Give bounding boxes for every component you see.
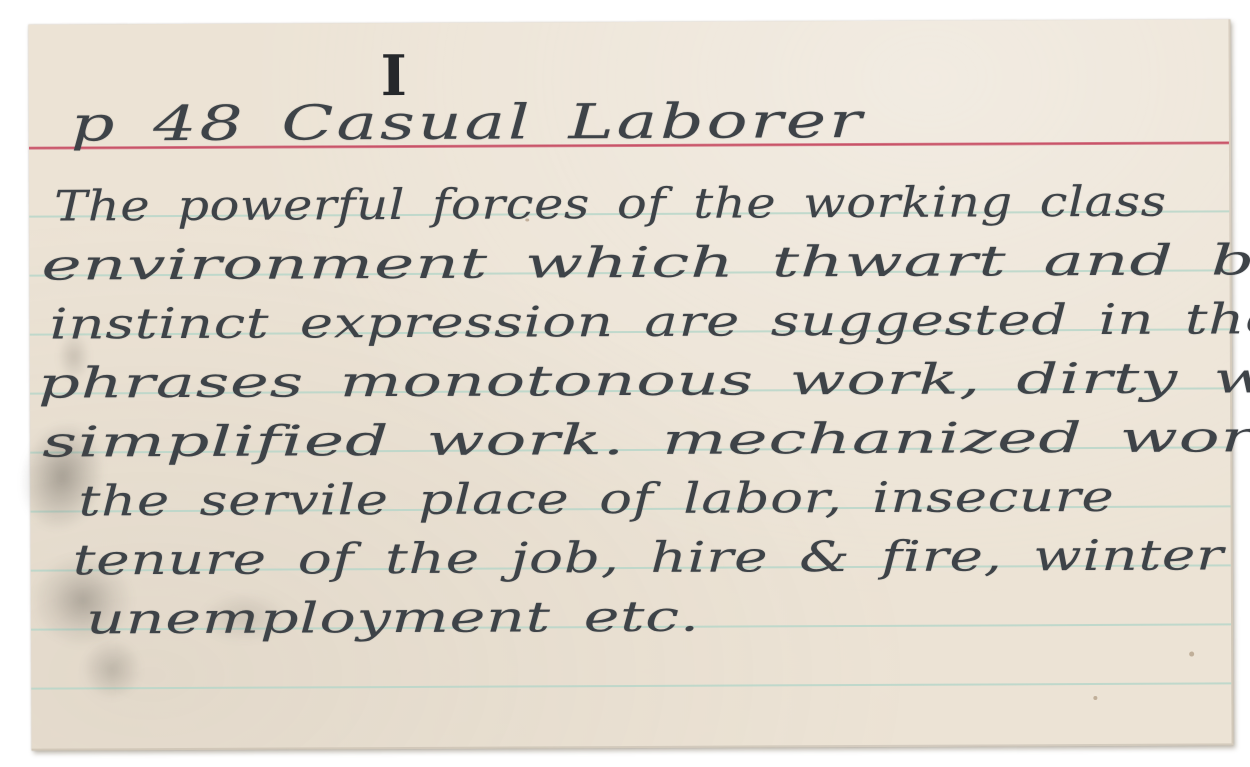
handwriting-line: phrases monotonous work, dirty work: [38, 353, 1250, 408]
handwriting-line: environment which thwart and balk: [41, 235, 1250, 290]
card-heading: p 48 Casual Laborer: [71, 93, 865, 152]
paper-speck: [1093, 696, 1097, 700]
paper-speck: [1189, 652, 1194, 657]
rule-lines: [28, 19, 1228, 24]
scan-background: I p 48 Casual Laborer The powerful force…: [0, 0, 1250, 767]
handwriting-line: unemployment etc.: [86, 592, 700, 644]
handwriting-line: The powerful forces of the working class: [54, 177, 1167, 231]
handwriting-line: simplified work. mechanized work,: [42, 412, 1250, 467]
handwritten-body: The powerful forces of the working class…: [28, 19, 1228, 24]
handwriting-line: instinct expression are suggested in the: [50, 294, 1250, 348]
blue-rule-line: [31, 682, 1231, 689]
index-card: I p 48 Casual Laborer The powerful force…: [28, 19, 1233, 750]
handwriting-line: tenure of the job, hire & fire, winter: [73, 530, 1224, 584]
paper-speck: [525, 218, 529, 221]
handwriting-line: the servile place of labor, insecure: [78, 472, 1114, 526]
